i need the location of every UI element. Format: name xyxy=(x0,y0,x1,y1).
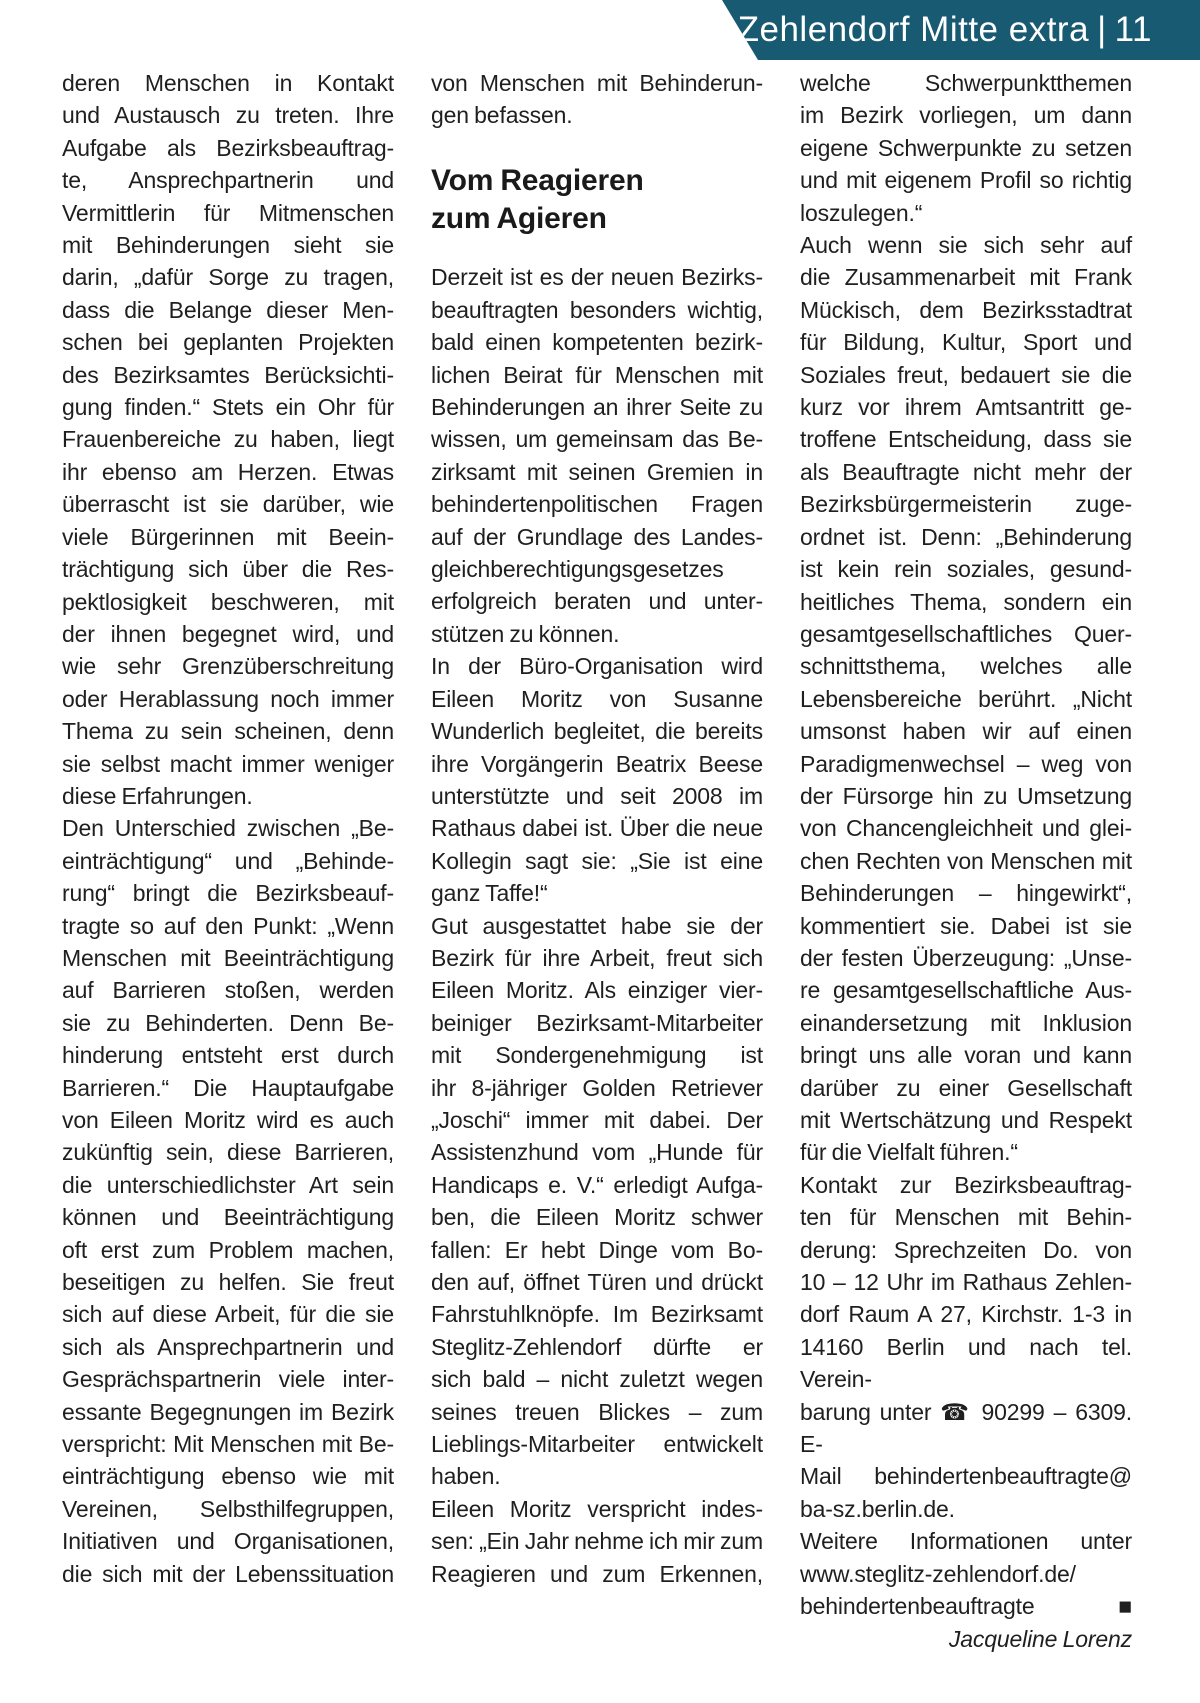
edition-title: Zehlendorf Mitte extra xyxy=(738,10,1089,50)
text-line: die sich mit der Lebenssituation xyxy=(62,1558,394,1590)
text-line: rung“ bringt die Bezirksbeauf- xyxy=(62,877,394,909)
article-heading-line: zum Agieren xyxy=(431,200,763,238)
text-line: lichen Beirat für Menschen mit xyxy=(431,359,763,391)
text-line: sie selbst macht immer weniger xyxy=(62,748,394,780)
text-line: dass die Belange dieser Men- xyxy=(62,294,394,326)
text-line: Menschen mit Beeinträchtigung xyxy=(62,942,394,974)
text-line: Gesprächspartnerin viele inter- xyxy=(62,1363,394,1395)
text-line: zirksamt mit seinen Gremien in xyxy=(431,456,763,488)
text-line: kurz vor ihrem Amtsantritt ge- xyxy=(800,391,1132,423)
text-line: Eileen Moritz. Als einziger vier- xyxy=(431,974,763,1006)
text-line: behindertenbeauftragte ■ xyxy=(800,1590,1132,1622)
text-line: troffene Entscheidung, dass sie xyxy=(800,423,1132,455)
text-line: stützen zu können. xyxy=(431,618,763,650)
text-line: ihr ebenso am Herzen. Etwas xyxy=(62,456,394,488)
article-heading: Vom Reagierenzum Agieren xyxy=(431,162,763,238)
text-line: die Zusammenarbeit mit Frank xyxy=(800,261,1132,293)
text-line: tragte so auf den Punkt: „Wenn xyxy=(62,910,394,942)
text-line: essante Begegnungen im Bezirk xyxy=(62,1396,394,1428)
text-line: Gut ausgestattet habe sie der xyxy=(431,910,763,942)
text-line: sich bald – nicht zuletzt wegen xyxy=(431,1363,763,1395)
text-line: die unterschiedlichster Art sein xyxy=(62,1169,394,1201)
text-line: überrascht ist sie darüber, wie xyxy=(62,488,394,520)
text-line: trächtigung sich über die Res- xyxy=(62,553,394,585)
text-line: Lieblings-Mitarbeiter entwickelt xyxy=(431,1428,763,1460)
text-line: Thema zu sein scheinen, denn xyxy=(62,715,394,747)
text-line: sich auf diese Arbeit, für die sie xyxy=(62,1298,394,1330)
text-line: sen: „Ein Jahr nehme ich mir zum xyxy=(431,1525,763,1557)
text-line: re gesamtgesellschaftliche Aus- xyxy=(800,974,1132,1006)
text-line: Barrieren.“ Die Hauptaufgabe xyxy=(62,1072,394,1104)
text-line: von Chancengleichheit und glei- xyxy=(800,812,1132,844)
page-header-banner: Zehlendorf Mitte extra | 11 xyxy=(722,0,1200,60)
text-line: ihr 8-jähriger Golden Retriever xyxy=(431,1072,763,1104)
text-line: bringt uns alle voran und kann xyxy=(800,1039,1132,1071)
article-column: deren Menschen in Kontaktund Austausch z… xyxy=(62,67,394,1655)
text-line: mit Wertschätzung und Respekt xyxy=(800,1104,1132,1136)
text-line: In der Büro-Organisation wird xyxy=(431,650,763,682)
text-line: von Eileen Moritz wird es auch xyxy=(62,1104,394,1136)
text-line: ba-sz.berlin.de. xyxy=(800,1493,1132,1525)
text-line: und Austausch zu treten. Ihre xyxy=(62,99,394,131)
text-line: einandersetzung mit Inklusion xyxy=(800,1007,1132,1039)
article-column: von Menschen mit Behinderun-gen befassen… xyxy=(431,67,763,1655)
text-line: Mückisch, dem Bezirksstadtrat xyxy=(800,294,1132,326)
text-line: mit Sondergenehmigung ist xyxy=(431,1039,763,1071)
text-line: als Beauftragte nicht mehr der xyxy=(800,456,1132,488)
text-line: pektlosigkeit beschweren, mit xyxy=(62,586,394,618)
text-line: ist kein rein soziales, gesund- xyxy=(800,553,1132,585)
text-line: darin, „dafür Sorge zu tragen, xyxy=(62,261,394,293)
text-line: einträchtigung“ und „Behinde- xyxy=(62,845,394,877)
text-line: Paradigmenwechsel – weg von xyxy=(800,748,1132,780)
text-line: Auch wenn sie sich sehr auf xyxy=(800,229,1132,261)
text-line: barung unter ☎ 90299 – 6309. E- xyxy=(800,1396,1132,1461)
text-line: Handicaps e. V.“ erledigt Aufga- xyxy=(431,1169,763,1201)
text-line: gesamtgesellschaftliches Quer- xyxy=(800,618,1132,650)
text-line: Eileen Moritz von Susanne xyxy=(431,683,763,715)
text-line: te, Ansprechpartnerin und xyxy=(62,164,394,196)
text-line: Behinderungen – hingewirkt“, xyxy=(800,877,1132,909)
text-line: können und Beeinträchtigung xyxy=(62,1201,394,1233)
text-line: ihre Vorgängerin Beatrix Beese xyxy=(431,748,763,780)
text-line: Derzeit ist es der neuen Bezirks- xyxy=(431,261,763,293)
text-line: mit Behinderungen sieht sie xyxy=(62,229,394,261)
text-line: Assistenzhund vom „Hunde für xyxy=(431,1136,763,1168)
text-line: sie zu Behinderten. Denn Be- xyxy=(62,1007,394,1039)
text-line: gen befassen. xyxy=(431,99,763,131)
text-line: 10 – 12 Uhr im Rathaus Zehlen- xyxy=(800,1266,1132,1298)
text-line: oder Herablassung noch immer xyxy=(62,683,394,715)
text-line: bald einen kompetenten bezirk- xyxy=(431,326,763,358)
text-line: behindertenpolitischen Fragen xyxy=(431,488,763,520)
text-line: darüber zu einer Gesellschaft xyxy=(800,1072,1132,1104)
text-line: loszulegen.“ xyxy=(800,197,1132,229)
text-line: von Menschen mit Behinderun- xyxy=(431,67,763,99)
text-line: diese Erfahrungen. xyxy=(62,780,394,812)
text-line: viele Bürgerinnen mit Beein- xyxy=(62,521,394,553)
text-line: der ihnen begegnet wird, und xyxy=(62,618,394,650)
text-line: Reagieren und zum Erkennen, xyxy=(431,1558,763,1590)
text-line: derung: Sprechzeiten Do. von xyxy=(800,1234,1132,1266)
article-column: welche Schwerpunktthemenim Bezirk vorlie… xyxy=(800,67,1132,1655)
text-line: haben. xyxy=(431,1460,763,1492)
text-line: kommentiert sie. Dabei ist sie xyxy=(800,910,1132,942)
article-author: Jacqueline Lorenz xyxy=(800,1623,1132,1655)
text-line: Lebensbereiche berührt. „Nicht xyxy=(800,683,1132,715)
text-line: Weitere Informationen unter xyxy=(800,1525,1132,1557)
text-line: umsonst haben wir auf einen xyxy=(800,715,1132,747)
text-line: der Fürsorge hin zu Umsetzung xyxy=(800,780,1132,812)
text-line: heitliches Thema, sondern ein xyxy=(800,586,1132,618)
text-line: Vermittlerin für Mitmenschen xyxy=(62,197,394,229)
text-line: beauftragten besonders wichtig, xyxy=(431,294,763,326)
text-line: auf Barrieren stoßen, werden xyxy=(62,974,394,1006)
text-line: wissen, um gemeinsam das Be- xyxy=(431,423,763,455)
text-line: chen Rechten von Menschen mit xyxy=(800,845,1132,877)
text-line: den auf, öffnet Türen und drückt xyxy=(431,1266,763,1298)
text-line: der festen Überzeugung: „Unse- xyxy=(800,942,1132,974)
text-line: beseitigen zu helfen. Sie freut xyxy=(62,1266,394,1298)
text-line: Wunderlich begleitet, die bereits xyxy=(431,715,763,747)
text-line: deren Menschen in Kontakt xyxy=(62,67,394,99)
text-line: wie sehr Grenzüberschreitung xyxy=(62,650,394,682)
text-line: ganz Taffe!“ xyxy=(431,877,763,909)
text-line: für Bildung, Kultur, Sport und xyxy=(800,326,1132,358)
text-line: zukünftig sein, diese Barrieren, xyxy=(62,1136,394,1168)
text-line: Aufgabe als Bezirksbeauftrag- xyxy=(62,132,394,164)
page-number: 11 xyxy=(1115,10,1152,50)
header-separator: | xyxy=(1097,10,1107,50)
text-line: im Bezirk vorliegen, um dann xyxy=(800,99,1132,131)
text-line: hinderung entsteht erst durch xyxy=(62,1039,394,1071)
text-line: Kontakt zur Bezirksbeauftrag- xyxy=(800,1169,1132,1201)
text-line: Vereinen, Selbsthilfegruppen, xyxy=(62,1493,394,1525)
text-line: Bezirk für ihre Arbeit, freut sich xyxy=(431,942,763,974)
text-line: schen bei geplanten Projekten xyxy=(62,326,394,358)
text-line: Rathaus dabei ist. Über die neue xyxy=(431,812,763,844)
text-line: Soziales freut, bedauert sie die xyxy=(800,359,1132,391)
text-line: Fahrstuhlknöpfe. Im Bezirksamt xyxy=(431,1298,763,1330)
text-line: schnittsthema, welches alle xyxy=(800,650,1132,682)
text-line: sich als Ansprechpartnerin und xyxy=(62,1331,394,1363)
text-line: welche Schwerpunktthemen xyxy=(800,67,1132,99)
text-line: Eileen Moritz verspricht indes- xyxy=(431,1493,763,1525)
text-line: 14160 Berlin und nach tel. Verein- xyxy=(800,1331,1132,1396)
text-line: oft erst zum Problem machen, xyxy=(62,1234,394,1266)
text-line: www.steglitz-zehlendorf.de/ xyxy=(800,1558,1132,1590)
text-line: gleichberechtigungsgesetzes xyxy=(431,553,763,585)
text-line: Den Unterschied zwischen „Be- xyxy=(62,812,394,844)
text-line: dorf Raum A 27, Kirchstr. 1-3 in xyxy=(800,1298,1132,1330)
article-columns: deren Menschen in Kontaktund Austausch z… xyxy=(62,67,1132,1655)
text-line: einträchtigung ebenso wie mit xyxy=(62,1460,394,1492)
text-line: und mit eigenem Profil so richtig xyxy=(800,164,1132,196)
text-line: „Joschi“ immer mit dabei. Der xyxy=(431,1104,763,1136)
text-line: ten für Menschen mit Behin- xyxy=(800,1201,1132,1233)
text-line: Kollegin sagt sie: „Sie ist eine xyxy=(431,845,763,877)
text-line: gung finden.“ Stets ein Ohr für xyxy=(62,391,394,423)
text-line: beiniger Bezirksamt-Mitarbeiter xyxy=(431,1007,763,1039)
text-line: Frauenbereiche zu haben, liegt xyxy=(62,423,394,455)
text-line: eigene Schwerpunkte zu setzen xyxy=(800,132,1132,164)
text-line: Mail behindertenbeauftragte@ xyxy=(800,1460,1132,1492)
text-line: unterstützte und seit 2008 im xyxy=(431,780,763,812)
text-line: Initiativen und Organisationen, xyxy=(62,1525,394,1557)
text-line: erfolgreich beraten und unter- xyxy=(431,585,763,617)
text-line: ben, die Eileen Moritz schwer xyxy=(431,1201,763,1233)
text-line: ordnet ist. Denn: „Behinderung xyxy=(800,521,1132,553)
text-line: für die Vielfalt führen.“ xyxy=(800,1136,1132,1168)
text-line: fallen: Er hebt Dinge vom Bo- xyxy=(431,1234,763,1266)
text-line: Behinderungen an ihrer Seite zu xyxy=(431,391,763,423)
text-line: seines treuen Blickes – zum xyxy=(431,1396,763,1428)
text-line: Bezirksbürgermeisterin zuge- xyxy=(800,488,1132,520)
text-line: verspricht: Mit Menschen mit Be- xyxy=(62,1428,394,1460)
text-line: auf der Grundlage des Landes- xyxy=(431,521,763,553)
text-line: des Bezirksamtes Berücksichti- xyxy=(62,359,394,391)
article-heading-line: Vom Reagieren xyxy=(431,162,763,200)
text-line: Steglitz-Zehlendorf dürfte er xyxy=(431,1331,763,1363)
